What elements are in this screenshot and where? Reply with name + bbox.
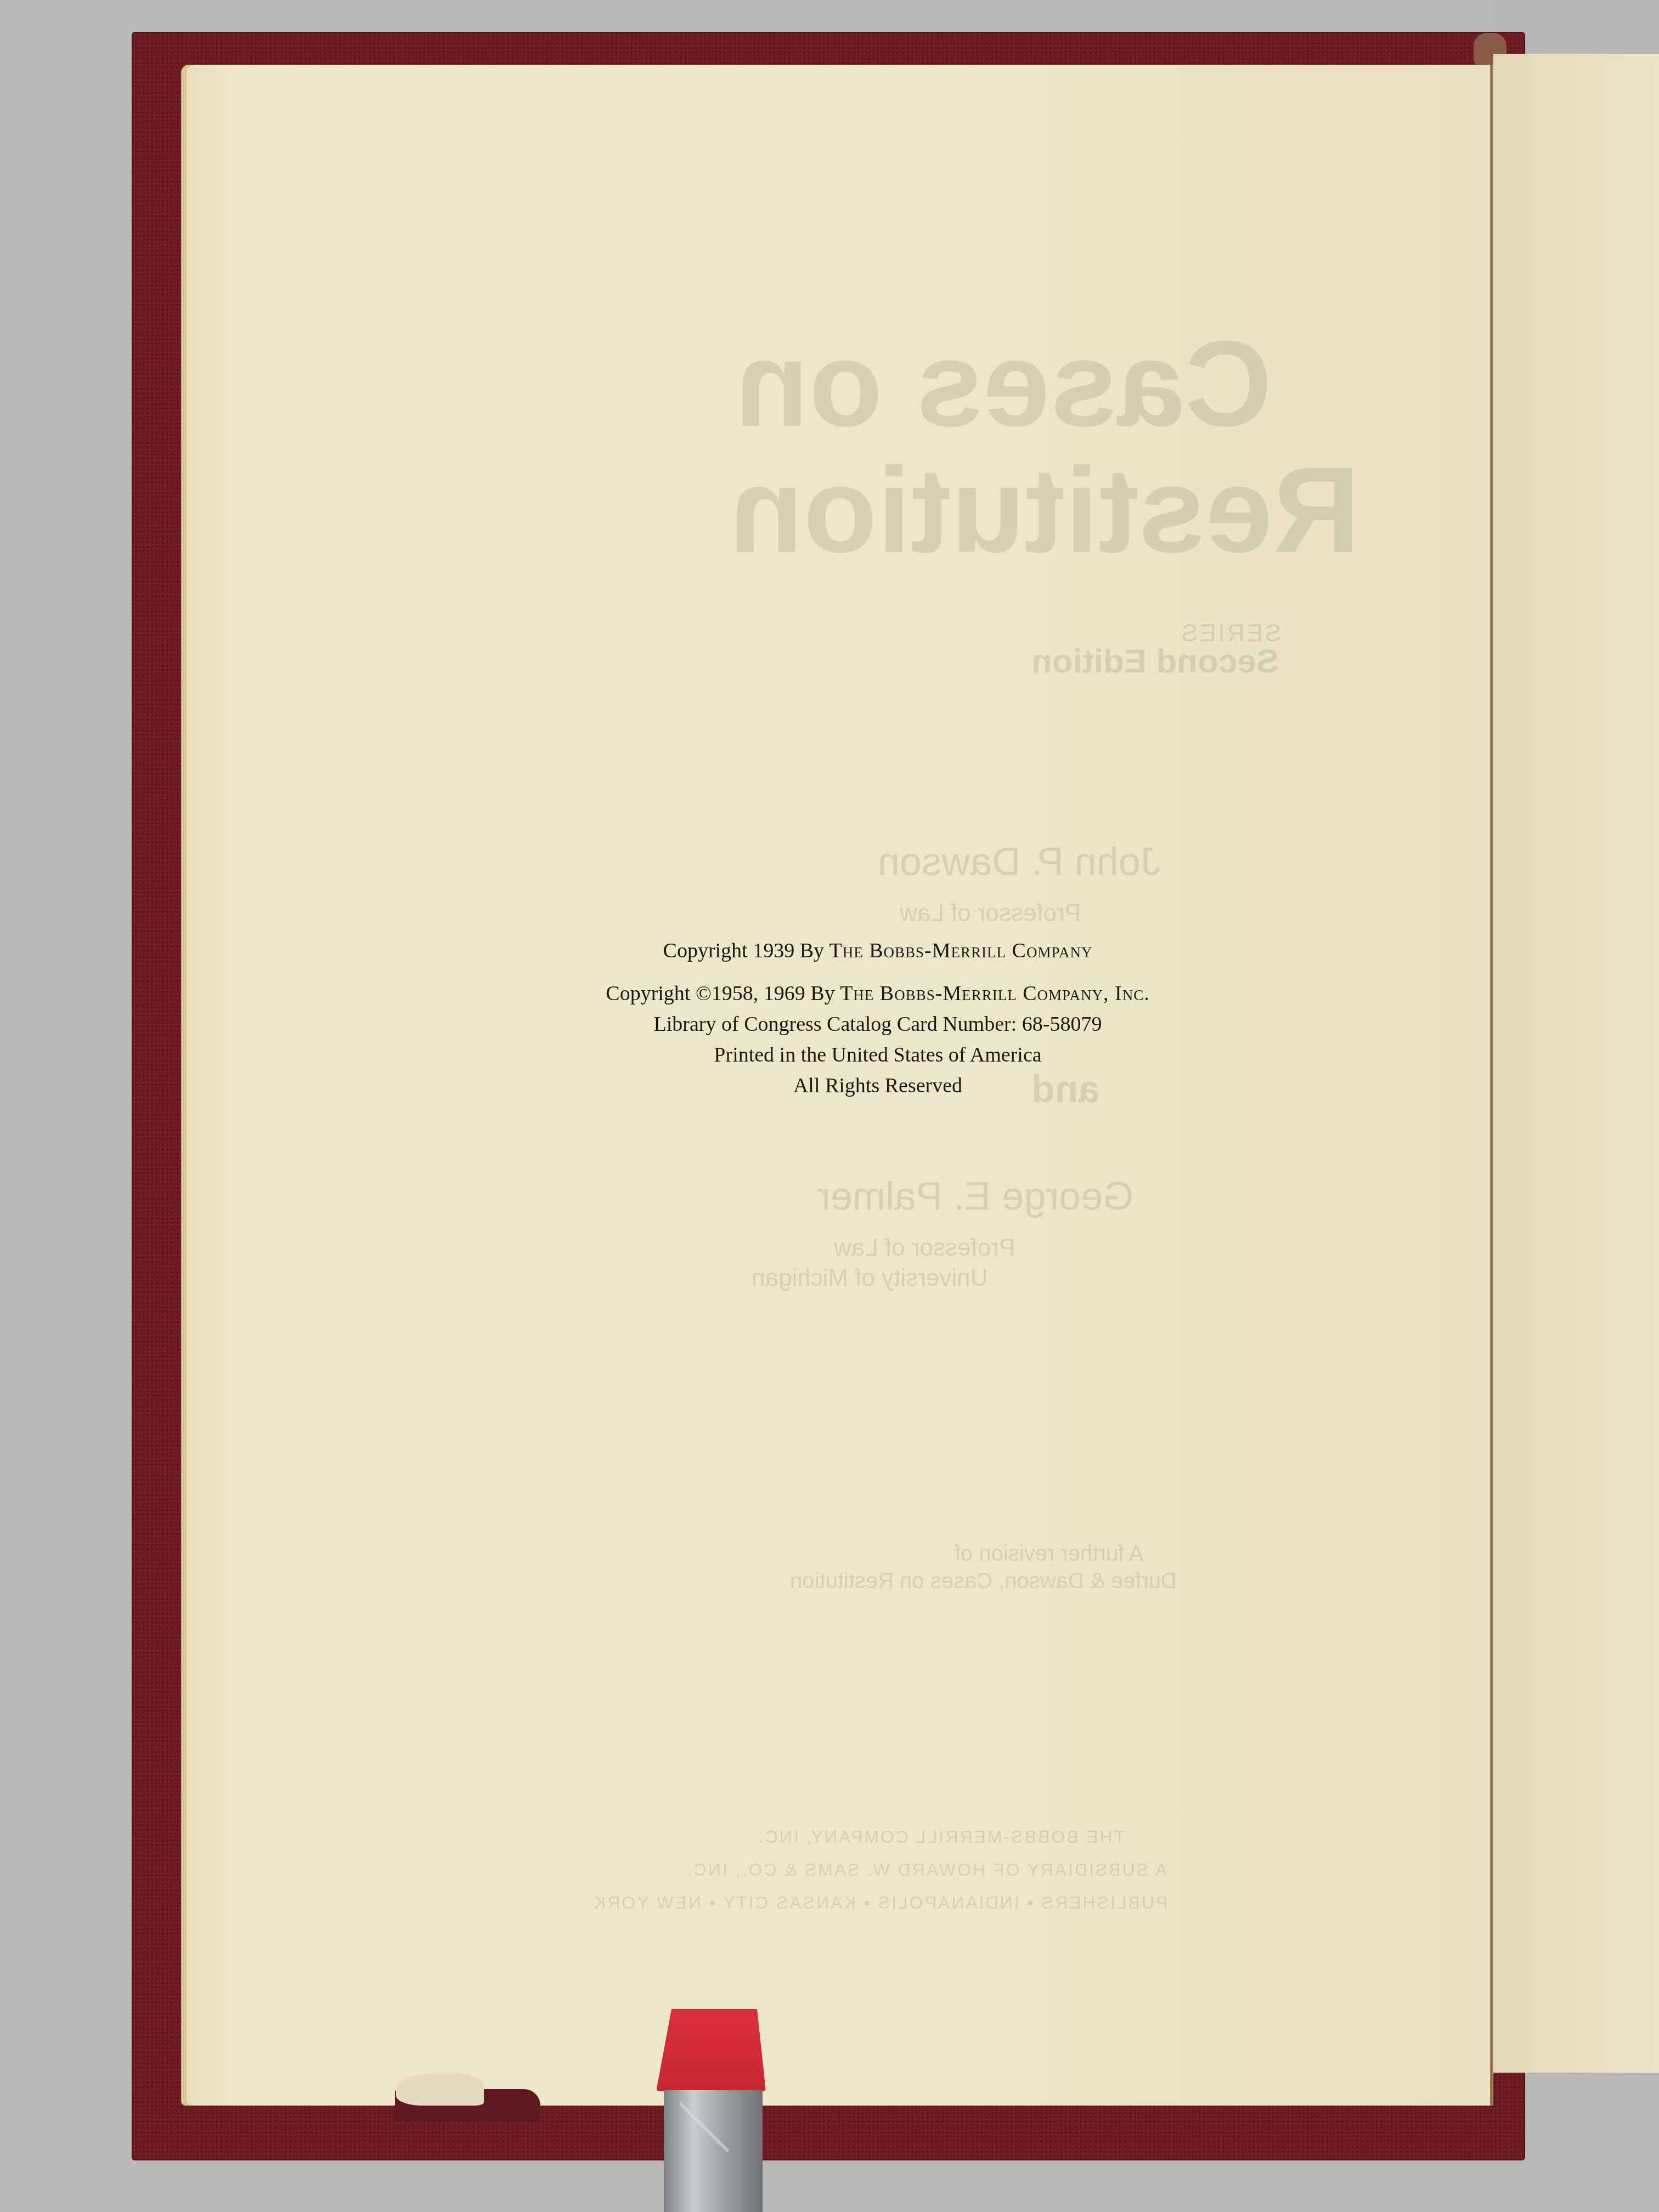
ghost-revision-line1: A further revision of [955, 1542, 1144, 1566]
metal-clip-icon [664, 2090, 763, 2212]
facing-page[interactable] [1493, 54, 1659, 2073]
loc-catalog-number: Library of Congress Catalog Card Number:… [494, 1009, 1262, 1040]
ghost-title-line2: Restitution [730, 450, 1360, 571]
ghost-imprint-line2: A Subsidiary of Howard W. Sams & Co., In… [686, 1860, 1167, 1880]
ghost-imprint-line3: Publishers • Indianapolis • Kansas City … [592, 1893, 1167, 1913]
torn-paper-edge [396, 2073, 484, 2106]
ghost-title-line1: Cases on [735, 324, 1272, 444]
copyright-notice: Copyright 1939 By The Bobbs-Merrill Comp… [494, 935, 1262, 1101]
copyright-1939: Copyright 1939 By The Bobbs-Merrill Comp… [494, 935, 1262, 966]
ghost-author1: John P. Dawson [878, 839, 1160, 884]
ghost-revision-line2: Durfee & Dawson, Cases on Restitution [790, 1569, 1177, 1594]
copyright-1958-1969: Copyright ©1958, 1969 By The Bobbs-Merri… [494, 978, 1262, 1009]
ghost-imprint-line1: The Bobbs-Merrill Company, Inc. [757, 1827, 1125, 1847]
ghost-author2-affiliation: Professor of Law [834, 1234, 1015, 1262]
all-rights-reserved: All Rights Reserved [494, 1070, 1262, 1101]
ghost-author2: George E. Palmer [817, 1174, 1133, 1219]
ghost-author1-affiliation: Professor of Law [900, 900, 1081, 927]
ghost-author2-affiliation2: University of Michigan [752, 1265, 988, 1292]
ghost-edition: Second Edition [1031, 642, 1279, 681]
page-gutter [1490, 65, 1493, 2106]
clip-red-cap [656, 2009, 766, 2091]
printed-in: Printed in the United States of America [494, 1040, 1262, 1070]
